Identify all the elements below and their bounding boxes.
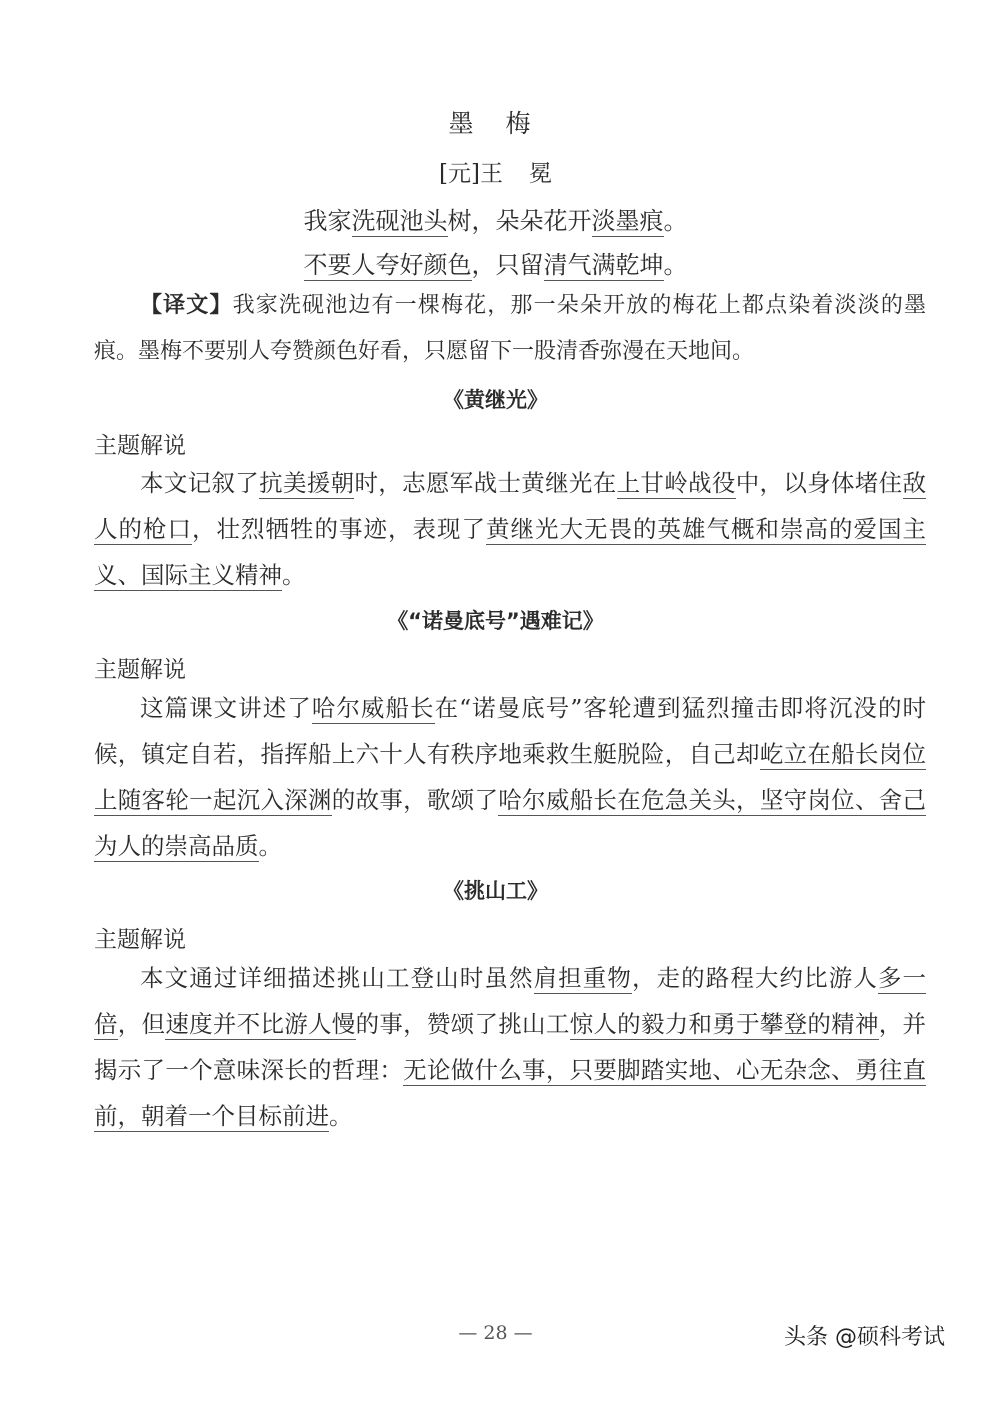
- underlined-phrase: 不要人夸好颜色: [304, 251, 472, 281]
- watermark: 头条 @硕科考试: [784, 1320, 945, 1351]
- section-label: 主题解说: [94, 921, 186, 954]
- underlined-phrase: 清气满乾坤: [544, 251, 664, 281]
- text-run: 中，以身体堵住: [736, 469, 903, 497]
- underlined-phrase: 上甘岭战役: [617, 469, 736, 499]
- text-run: 树，朵朵花开: [448, 207, 592, 235]
- text-run: ，只留: [472, 251, 544, 279]
- underlined-phrase: 淡墨痕: [592, 207, 664, 237]
- poem-title: 墨 梅: [0, 104, 991, 140]
- section-title-huangjiguang: 《黄继光》: [0, 384, 991, 414]
- section-title-tiaoshangong: 《挑山工》: [0, 875, 991, 905]
- underlined-phrase: 肩担重物: [534, 964, 632, 994]
- text-run: ，壮烈牺牲的事迹，表现了: [192, 515, 486, 543]
- section-body-tiaoshangong: 本文通过详细描述挑山工登山时虽然肩担重物，走的路程大约比游人多一倍，但速度并不比…: [94, 955, 926, 1139]
- text-run: 这篇课文讲述了: [140, 694, 312, 722]
- text-run: 的事，赞颂了挑山工: [356, 1010, 570, 1038]
- author-dynasty: [元]王: [439, 161, 503, 187]
- poem-line-2: 不要人夸好颜色，只留清气满乾坤。: [0, 245, 991, 280]
- text-run: 本文记叙了: [140, 469, 259, 497]
- poem-line-1: 我家洗砚池头树，朵朵花开淡墨痕。: [0, 201, 991, 236]
- text-run: 。: [282, 561, 306, 589]
- underlined-phrase: 速度并不比游人慢: [165, 1010, 355, 1040]
- text-run: ，但: [118, 1010, 166, 1038]
- underlined-phrase: 哈尔威船长: [312, 694, 435, 724]
- document-page: 墨 梅 [元]王冕 我家洗砚池头树，朵朵花开淡墨痕。 不要人夸好颜色，只留清气满…: [0, 0, 991, 1401]
- section-body-normandy: 这篇课文讲述了哈尔威船长在“诺曼底号”客轮遭到猛烈撞击即将沉没的时候，镇定自若，…: [94, 685, 926, 869]
- text-run: 。: [664, 207, 688, 235]
- section-title-normandy: 《“诺曼底号”遇难记》: [0, 605, 991, 635]
- section-body-huangjiguang: 本文记叙了抗美援朝时，志愿军战士黄继光在上甘岭战役中，以身体堵住敌人的枪口，壮烈…: [94, 460, 926, 598]
- author-name: 冕: [529, 161, 552, 187]
- section-label: 主题解说: [94, 427, 186, 460]
- underlined-phrase: 洗砚池头: [352, 207, 448, 237]
- translation-tag: 【译文】: [140, 293, 233, 318]
- text-run: ，走的路程大约比游人: [632, 964, 878, 992]
- text-run: 。: [664, 251, 688, 279]
- text-run: 时，志愿军战士黄继光在: [354, 469, 616, 497]
- underlined-phrase: 惊人的毅力和勇于攀登的精神: [570, 1010, 879, 1040]
- text-run: 。: [259, 832, 283, 860]
- poem-author: [元]王冕: [0, 155, 991, 188]
- text-run: 本文通过详细描述挑山工登山时虽然: [140, 964, 534, 992]
- text-run: 。: [329, 1102, 353, 1130]
- section-label: 主题解说: [94, 651, 186, 684]
- text-run: 我家: [304, 207, 352, 235]
- text-run: 的故事，歌颂了: [332, 786, 498, 814]
- underlined-phrase: 抗美援朝: [259, 469, 354, 499]
- translation-paragraph: 【译文】我家洗砚池边有一棵梅花，那一朵朵开放的梅花上都点染着淡淡的墨痕。墨梅不要…: [94, 283, 926, 375]
